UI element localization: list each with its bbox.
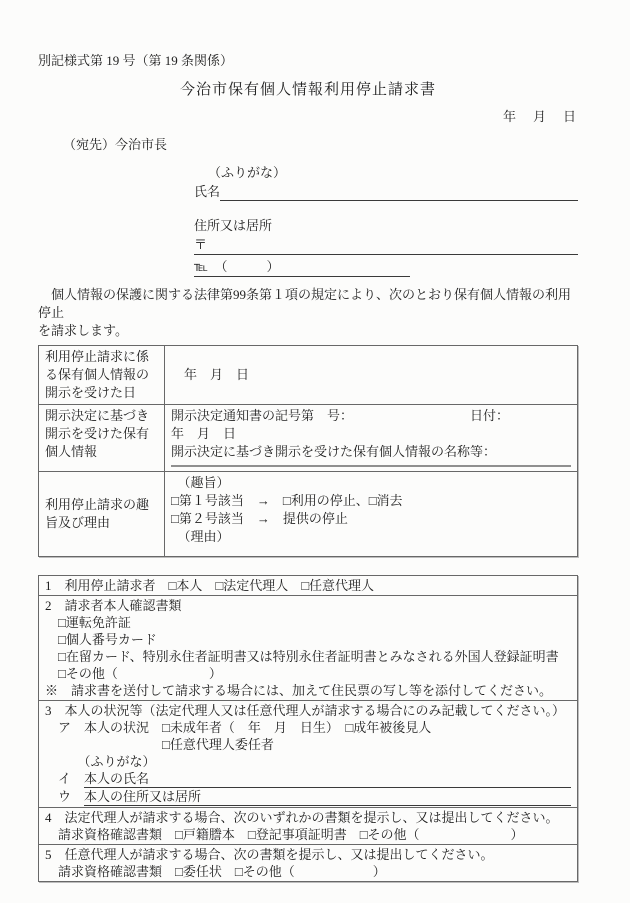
table-row: 利用停止請求に係 る保有個人情報の 開示を受けた日 年 月 日 (39, 346, 578, 405)
table-row: 5 任意代理人が請求する場合、次の書類を提示し、又は提出してください。 請求資格… (39, 845, 578, 882)
row2-value: 開示決定通知書の記号第 号： 日付： 年 月 日 開示決定に基づき開示を受けた保… (165, 405, 578, 472)
date-line: 年 月 日 (38, 108, 578, 126)
principal-name-marker: イ (45, 770, 84, 788)
info-name-line: 開示決定に基づき開示を受けた保有個人情報の名称等： (171, 443, 571, 461)
row1-value: 年 月 日 (165, 346, 578, 405)
section1-requester-options: 1 利用停止請求者 □本人 □法定代理人 □任意代理人 (39, 576, 578, 596)
principal-address-marker: ウ (45, 788, 84, 806)
table-row: 2 請求者本人確認書類 □運転免許証 □個人番号カード □在留カード、特別永住者… (39, 596, 578, 701)
tel-parens: （ ） (208, 257, 280, 276)
intro-paragraph: 個人情報の保護に関する法律第99条第１項の規定により、次のとおり保有個人情報の利… (38, 286, 578, 340)
requester-details-table: 1 利用停止請求者 □本人 □法定代理人 □任意代理人 2 請求者本人確認書類 … (38, 575, 578, 882)
applicant-block: （ふりがな） 氏名 住所又は居所 〒 ℡ （ ） (194, 164, 578, 277)
postal-field-row: 〒 (194, 235, 578, 255)
section2-identity-documents: 2 請求者本人確認書類 □運転免許証 □個人番号カード □在留カード、特別永住者… (39, 596, 578, 701)
table-row: 3 本人の状況等（法定代理人又は任意代理人が請求する場合にのみ記載してください。… (39, 701, 578, 808)
postal-mark-icon: 〒 (194, 235, 207, 254)
row3-label: 利用停止請求の趣 旨及び理由 (39, 472, 165, 557)
section3-principal-status: 3 本人の状況等（法定代理人又は任意代理人が請求する場合にのみ記載してください。… (39, 701, 578, 808)
section4-legal-representative: 4 法定代理人が請求する場合、次のいずれかの書類を提示し、又は提出してください。… (39, 808, 578, 845)
name-blank-line (220, 200, 578, 201)
tel-icon: ℡ (194, 257, 208, 276)
notice-number-text: 開示決定通知書の記号第 号： (171, 407, 353, 425)
table-row: 1 利用停止請求者 □本人 □法定代理人 □任意代理人 (39, 576, 578, 596)
info-name-blank-line (171, 465, 571, 467)
principal-name-row: イ 本人の氏名 (45, 770, 571, 788)
table-row: 利用停止請求の趣 旨及び理由 （趣旨） □第１号該当 → □利用の停止、□消去 … (39, 472, 578, 557)
principal-name-label: 本人の氏名 (84, 770, 571, 788)
section5-voluntary-representative: 5 任意代理人が請求する場合、次の書類を提示し、又は提出してください。 請求資格… (39, 845, 578, 882)
row2-label: 開示決定に基づき 開示を受けた保有 個人情報 (39, 405, 165, 472)
addressee: （宛先）今治市長 (63, 136, 578, 154)
principal-address-label: 本人の住所又は居所 (84, 788, 571, 806)
form-page: 別記様式第 19 号（第 19 条関係） 今治市保有個人情報利用停止請求書 年 … (0, 0, 630, 903)
section3-status-lines: 3 本人の状況等（法定代理人又は任意代理人が請求する場合にのみ記載してください。… (45, 702, 571, 770)
notice-date-label: 日付： (470, 407, 509, 425)
form-number: 別記様式第 19 号（第 19 条関係） (38, 52, 578, 70)
form-title: 今治市保有個人情報利用停止請求書 (38, 78, 578, 99)
address-label: 住所又は居所 (194, 216, 578, 235)
row1-label: 利用停止請求に係 る保有個人情報の 開示を受けた日 (39, 346, 165, 405)
disclosure-info-table: 利用停止請求に係 る保有個人情報の 開示を受けた日 年 月 日 開示決定に基づき… (38, 345, 578, 557)
row3-options: （趣旨） □第１号該当 → □利用の停止、□消去 □第２号該当 → 提供の停止 … (165, 472, 578, 557)
name-field-row: 氏名 (194, 182, 578, 201)
table-row: 4 法定代理人が請求する場合、次のいずれかの書類を提示し、又は提出してください。… (39, 808, 578, 845)
furigana-label: （ふりがな） (208, 164, 578, 182)
table-row: 開示決定に基づき 開示を受けた保有 個人情報 開示決定通知書の記号第 号： 日付… (39, 405, 578, 472)
principal-address-row: ウ 本人の住所又は居所 (45, 788, 571, 806)
name-label: 氏名 (194, 182, 220, 201)
notice-number-line: 開示決定通知書の記号第 号： 日付： (171, 407, 571, 425)
tel-field-row: ℡ （ ） (194, 257, 410, 277)
notice-date-line: 年 月 日 (171, 425, 571, 443)
